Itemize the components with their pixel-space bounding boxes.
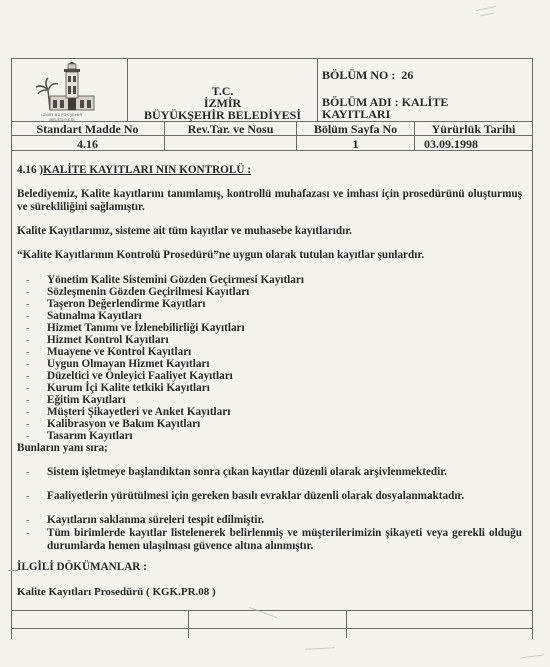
related-docs-mark bbox=[8, 570, 18, 571]
additional-item: Sistem işletmeye başlandıktan sonra çıka… bbox=[47, 466, 522, 479]
section-heading: 4.16 )KALİTE KAYITLARI NIN KONTROLÜ : bbox=[17, 164, 251, 176]
record-item: Taşeron Değerlendirme Kayıtları bbox=[47, 298, 205, 310]
bullet-dash: - bbox=[26, 346, 30, 358]
paragraph-1: Belediyemiz, Kalite kayıtlarını tanımlam… bbox=[17, 188, 522, 213]
footer-divider-1 bbox=[188, 610, 189, 638]
bullet-dash: - bbox=[26, 527, 30, 539]
bullet-dash: - bbox=[26, 334, 30, 346]
scan-smudge bbox=[305, 647, 335, 650]
bullet-dash: - bbox=[26, 370, 30, 382]
col-bolum-sayfa-no: Bölüm Sayfa No bbox=[297, 122, 414, 137]
heading-number: 4.16 ) bbox=[17, 164, 43, 176]
bullet-dash: - bbox=[26, 490, 30, 502]
bullet-dash: - bbox=[26, 418, 30, 430]
bullet-dash: - bbox=[26, 394, 30, 406]
record-item: Kurum İçi Kalite tetkiki Kayıtları bbox=[47, 382, 210, 394]
scan-smudge bbox=[520, 654, 544, 658]
title-divider bbox=[317, 58, 318, 121]
bullet-dash: - bbox=[26, 310, 30, 322]
bullet-dash: - bbox=[26, 358, 30, 370]
related-docs-heading: İLGİLİ DÖKÜMANLAR : bbox=[17, 561, 147, 573]
section-name-value: KALİTE bbox=[402, 95, 449, 109]
additional-item: Tüm birimlerde kayıtlar listelenerek bel… bbox=[47, 527, 522, 552]
footer-line-2 bbox=[11, 628, 532, 629]
bullet-dash: - bbox=[26, 298, 30, 310]
col-rev-tar: Rev.Tar. ve Nosu bbox=[165, 122, 296, 137]
org-title-municipality: BÜYÜKŞEHİR BELEDİYESİ bbox=[128, 108, 317, 123]
bullet-dash: - bbox=[26, 382, 30, 394]
additional-item: Faaliyetlerin yürütülmesi için gereken b… bbox=[47, 490, 522, 503]
record-item: Sözleşmenin Gözden Geçirilmesi Kayıtları bbox=[47, 286, 249, 298]
scan-smudge bbox=[480, 13, 494, 17]
related-doc-item: Kalite Kayıtları Prosedürü ( KGK.PR.08 ) bbox=[17, 586, 216, 598]
footer-line-1 bbox=[11, 610, 532, 611]
col-yururluk-tarihi: Yürürlük Tarihi bbox=[415, 122, 532, 137]
section-no-value: 26 bbox=[401, 68, 413, 82]
record-item: Düzeltici ve Önleyici Faaliyet Kayıtları bbox=[47, 370, 233, 382]
record-item: Eğitim Kayıtları bbox=[47, 394, 126, 406]
bullet-dash: - bbox=[26, 514, 30, 526]
record-item: Kalibrasyon ve Bakım Kayıtları bbox=[47, 418, 200, 430]
bullet-dash: - bbox=[26, 286, 30, 298]
bullet-dash: - bbox=[26, 430, 30, 442]
col-standard-madde-no: Standart Madde No bbox=[11, 122, 164, 137]
section-no-label: BÖLÜM NO : bbox=[322, 68, 395, 82]
record-item: Hizmet Kontrol Kayıtları bbox=[47, 334, 169, 346]
footer-divider-2 bbox=[346, 610, 347, 638]
record-item: Tasarım Kayıtları bbox=[47, 430, 133, 442]
scan-smudge bbox=[476, 6, 496, 11]
paragraph-3: “Kalite Kayıtlarının Kontrolü Prosedürü”… bbox=[17, 249, 424, 261]
paragraph-2: Kalite Kayıtlarımız, sisteme ait tüm kay… bbox=[17, 225, 352, 237]
heading-title: KALİTE KAYITLARI NIN KONTROLÜ : bbox=[43, 164, 251, 176]
additional-intro: Bunların yanı sıra; bbox=[17, 442, 108, 454]
bullet-dash: - bbox=[26, 466, 30, 478]
additional-item: Kayıtların saklanma süreleri tespit edil… bbox=[47, 514, 522, 527]
record-item: Uygun Olmayan Hizmet Kayıtları bbox=[47, 358, 210, 370]
val-standard-madde-no: 4.16 bbox=[11, 137, 164, 152]
section-number: BÖLÜM NO : 26 bbox=[322, 68, 413, 83]
val-bolum-sayfa-no: 1 bbox=[297, 137, 414, 152]
bullet-dash: - bbox=[26, 406, 30, 418]
section-name-line2: KAYITLARI bbox=[322, 107, 390, 122]
bullet-dash: - bbox=[26, 322, 30, 334]
record-item: Müşteri Şikayetleri ve Anket Kayıtları bbox=[47, 406, 230, 418]
izmir-clock-tower-logo-icon bbox=[28, 60, 118, 120]
record-item: Satınalma Kayıtları bbox=[47, 310, 142, 322]
bullet-dash: - bbox=[26, 274, 30, 286]
record-item: Muayene ve Kontrol Kayıtları bbox=[47, 346, 191, 358]
val-yururluk-tarihi: 03.09.1998 bbox=[424, 137, 478, 152]
record-item: Yönetim Kalite Sistemini Gözden Geçirmes… bbox=[47, 274, 304, 286]
record-item: Hizmet Tanımı ve İzlenebilirliği Kayıtla… bbox=[47, 322, 245, 334]
